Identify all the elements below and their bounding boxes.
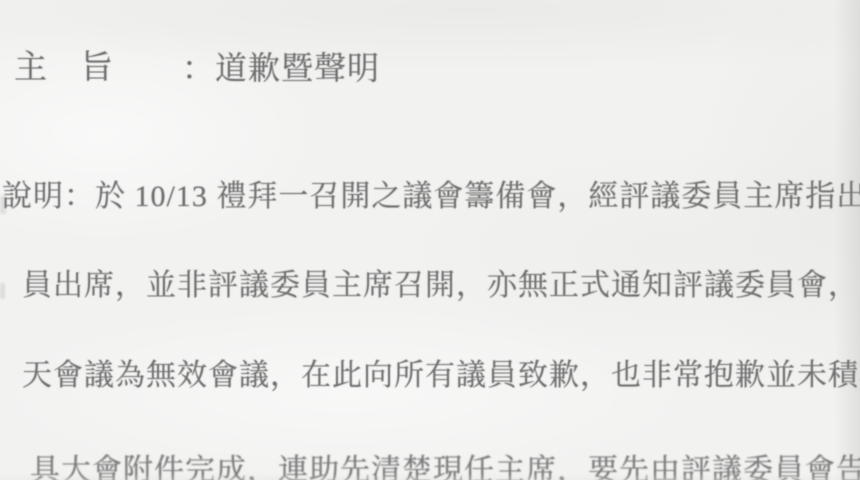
scanned-document-page: 主 旨 ：道歉暨聲明 說明：於 10/13 禮拜一召開之議會籌備會，經評議委員主… xyxy=(0,0,860,480)
subject-text: 道歉暨聲明 xyxy=(215,50,380,86)
subject-label: 主 旨 xyxy=(14,52,113,85)
subject-row: ：道歉暨聲明 xyxy=(182,52,380,84)
scan-artifact-left-2 xyxy=(0,283,5,299)
body-line-3: 天會議為無效會議，在此向所有議員致歉，也非常抱歉並未積極 xyxy=(22,361,860,391)
subject-separator: ： xyxy=(182,50,215,86)
body-line-4-clipped: 具大會附件完成，連助先清楚現任主席，要先由評議委員會告 xyxy=(30,456,860,480)
body-line-2: 員出席，並非評議委員主席召開，亦無正式通知評議委員會，已 xyxy=(22,271,860,301)
body-line-1: 說明：於 10/13 禮拜一召開之議會籌備會，經評議委員主席指出 xyxy=(2,182,860,212)
scan-artifact-left-1 xyxy=(0,196,6,214)
scan-edge-shadow xyxy=(834,0,860,480)
